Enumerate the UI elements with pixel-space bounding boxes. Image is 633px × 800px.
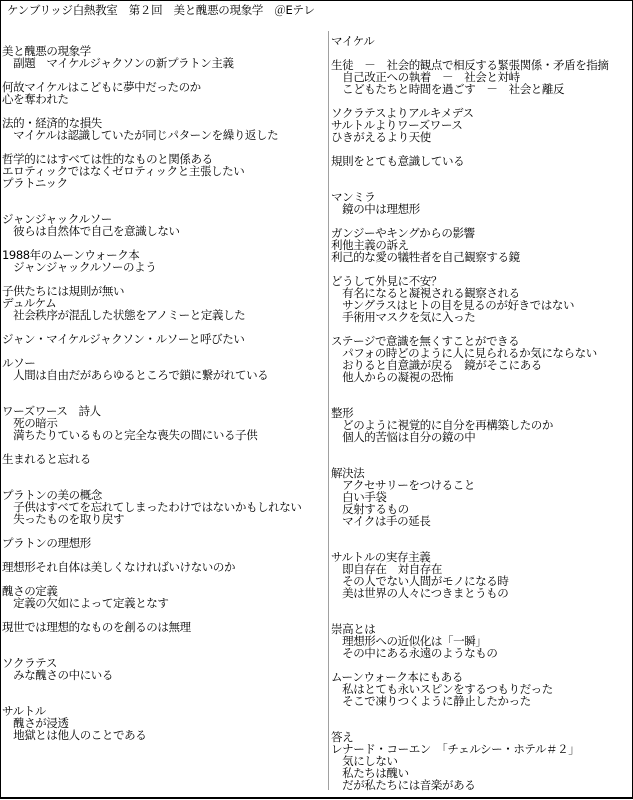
note-line: 理想形それ自体は美しくなければいけないのか [2,561,326,573]
blank-line [331,167,631,179]
note-line: 満ちたりているものと完全な喪失の間にいる子供 [2,429,326,441]
note-line: マイケル [331,35,631,47]
note-line: マイクは手の延長 [331,515,631,527]
note-line: ジャンジャックルソーのよう [2,261,326,273]
note-line: プラトンの理想形 [2,537,326,549]
blank-line [2,465,326,477]
blank-line [2,189,326,201]
note-line: 鏡の中は理想形 [331,203,631,215]
blank-line [331,395,631,407]
note-line: 地獄とは他人のことである [2,729,326,741]
blank-line [331,611,631,623]
note-line: 生まれると忘れる [2,453,326,465]
note-line: みな醜さの中にいる [2,669,326,681]
note-line: 手術用マスクを気に入った [331,311,631,323]
blank-line [331,527,631,539]
note-line: ジャン・マイケルジャクソン・ルソーと呼びたい [2,333,326,345]
note-line: そこで凍りつくように静止したかった [331,695,631,707]
note-line: 心を奪われた [2,93,326,105]
blank-line [2,633,326,645]
right-notes-column: マイケル 生徒 － 社会的観点で相反する緊張関係・矛盾を指摘 自己改正への執着 … [331,35,631,791]
blank-line [2,381,326,393]
note-line: 規則をとても意識している [331,155,631,167]
left-notes-column: 美と醜悪の現象学 副題 マイケルジャクソンの新プラトン主義 何故マイケルはこども… [2,45,326,741]
note-line: 人間は自由だがあらゆるところで鎖に繋がれている [2,369,326,381]
note-line: 現世では理想的なものを創るのは無理 [2,621,326,633]
note-line: 失ったものを取り戻す [2,513,326,525]
note-line: プラトニック [2,177,326,189]
blank-line [331,383,631,395]
blank-line [2,345,326,357]
note-line: 美は世界の人々につきまとうもの [331,587,631,599]
note-line: 社会秩序が混乱した状態をアノミーと定義した [2,309,326,321]
note-line: 副題 マイケルジャクソンの新プラトン主義 [2,57,326,69]
note-line: その中にある永遠のようなもの [331,647,631,659]
column-divider [328,31,329,790]
note-line: 利己的な愛の犠牲者を自己観察する鏡 [331,251,631,263]
blank-line [2,693,326,705]
blank-line [331,599,631,611]
blank-line [331,455,631,467]
note-line: こどもたちと時間を過ごす － 社会と離反 [331,83,631,95]
blank-line [2,681,326,693]
note-line: 個人的苦悩は自分の鏡の中 [331,431,631,443]
note-line: 他人からの凝視の恐怖 [331,371,631,383]
blank-line [331,443,631,455]
note-line: だが私たちには音楽がある [331,779,631,791]
blank-line [331,179,631,191]
note-line: 定義の欠如によって定義となす [2,597,326,609]
page-title: ケンブリッジ白熱教室 第２回 美と醜悪の現象学 ＠Eテレ [7,3,315,17]
blank-line [331,719,631,731]
note-line: ひきがえるより天使 [331,131,631,143]
note-line: 彼らは自然体で自己を意識しない [2,225,326,237]
note-line: マイケルは認識していたが同じパターンを繰り返した [2,129,326,141]
blank-line [331,707,631,719]
